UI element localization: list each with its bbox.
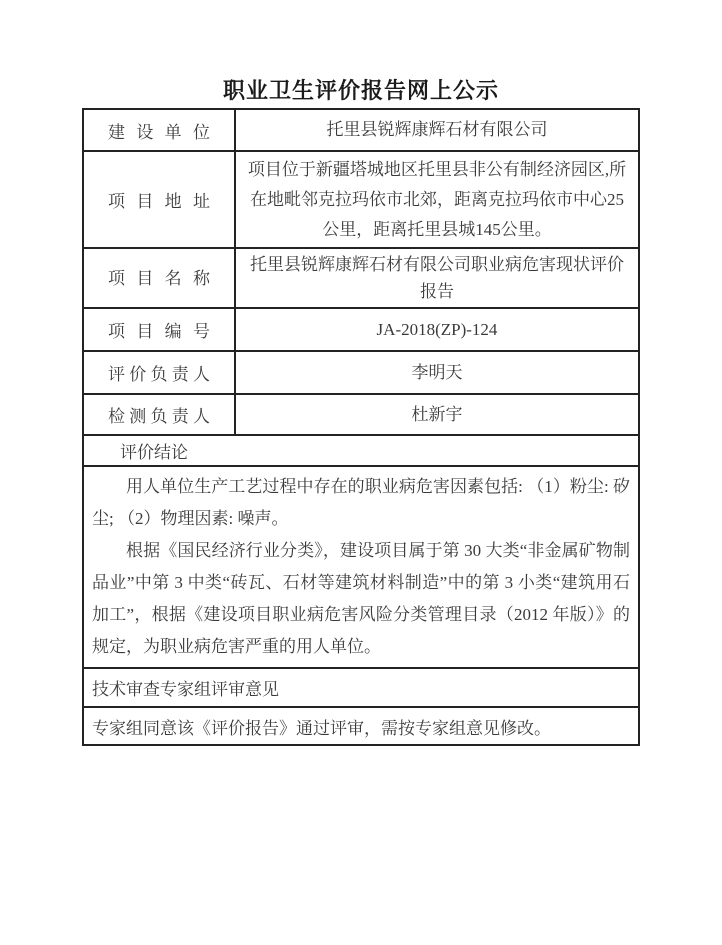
table-row-project-name: 项目名称 托里县锐辉康辉石材有限公司职业病危害现状评价报告 — [83, 248, 639, 308]
label-project-number: 项目编号 — [83, 308, 235, 351]
value-testing-lead: 杜新宇 — [235, 394, 639, 435]
table-row-expert-review-opinion: 专家组同意该《评价报告》通过评审，需按专家组意见修改。 — [83, 707, 639, 745]
label-evaluation-lead: 评价负责人 — [83, 351, 235, 394]
table-row-conclusion-body: 用人单位生产工艺过程中存在的职业病危害因素包括: （1）粉尘: 矽尘; （2）物… — [83, 466, 639, 668]
table-row-project-address: 项目地址 项目位于新疆塔城地区托里县非公有制经济园区,所在地毗邻克拉玛依市北郊，… — [83, 151, 639, 248]
label-testing-lead: 检测负责人 — [83, 394, 235, 435]
value-project-address: 项目位于新疆塔城地区托里县非公有制经济园区,所在地毗邻克拉玛依市北郊，距离克拉玛… — [235, 151, 639, 248]
label-construction-unit: 建设单位 — [83, 109, 235, 151]
table-row-testing-lead: 检测负责人 杜新宇 — [83, 394, 639, 435]
table-row-project-number: 项目编号 JA-2018(ZP)-124 — [83, 308, 639, 351]
publicity-table: 建设单位 托里县锐辉康辉石材有限公司 项目地址 项目位于新疆塔城地区托里县非公有… — [82, 108, 640, 746]
conclusion-paragraph-2: 根据《国民经济行业分类》，建设项目属于第 30 大类“非金属矿物制品业”中第 3… — [92, 535, 630, 663]
table-row-expert-review-header: 技术审查专家组评审意见 — [83, 668, 639, 707]
page-title: 职业卫生评价报告网上公示 — [0, 0, 722, 106]
conclusion-text: 用人单位生产工艺过程中存在的职业病危害因素包括: （1）粉尘: 矽尘; （2）物… — [83, 466, 639, 668]
expert-review-opinion: 专家组同意该《评价报告》通过评审，需按专家组意见修改。 — [83, 707, 639, 745]
conclusion-header-label: 评价结论 — [83, 435, 639, 466]
table-row-conclusion-header: 评价结论 — [83, 435, 639, 466]
value-project-name: 托里县锐辉康辉石材有限公司职业病危害现状评价报告 — [235, 248, 639, 308]
conclusion-paragraph-1: 用人单位生产工艺过程中存在的职业病危害因素包括: （1）粉尘: 矽尘; （2）物… — [92, 471, 630, 535]
value-evaluation-lead: 李明天 — [235, 351, 639, 394]
table-row-construction-unit: 建设单位 托里县锐辉康辉石材有限公司 — [83, 109, 639, 151]
expert-review-header-label: 技术审查专家组评审意见 — [83, 668, 639, 707]
label-project-address: 项目地址 — [83, 151, 235, 248]
table-row-evaluation-lead: 评价负责人 李明天 — [83, 351, 639, 394]
label-project-name: 项目名称 — [83, 248, 235, 308]
value-project-number: JA-2018(ZP)-124 — [235, 308, 639, 351]
document-page: 职业卫生评价报告网上公示 建设单位 托里县锐辉康辉石材有限公司 项目地址 项目位… — [0, 0, 722, 945]
value-construction-unit: 托里县锐辉康辉石材有限公司 — [235, 109, 639, 151]
